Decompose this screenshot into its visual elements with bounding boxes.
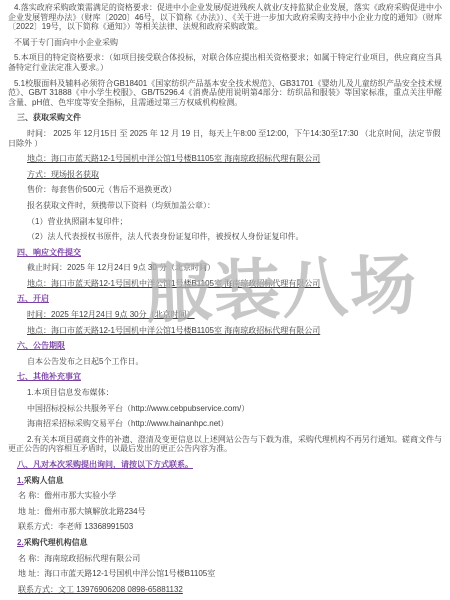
policy-requirements-paragraph: 4.落实政府采购政策需满足的资格要求：促进中小企业发展/促进残疾人就业/支持监狱… <box>8 3 442 32</box>
agent-info-number: 2. <box>17 538 24 547</box>
section-7-amendment-note: 2.有关本项目磋商文件的补遗、澄清及变更信息以上述网站公告与下载为准，采购代理机… <box>8 435 442 454</box>
agent-contact: 联系方式：文工 13976906208 0898-65881132 <box>8 585 442 595</box>
section-7-media-platform-1: 中国招标投标公共服务平台（http://www.cebpubservice.co… <box>8 404 442 414</box>
section-7-heading: 七、其他补充事宜 <box>8 372 442 382</box>
buyer-info-heading: 1.采购人信息 <box>8 476 442 486</box>
section-4-deadline: 截止时间：2025 年 12月24日 9点 30 分（北京时间） <box>8 263 442 273</box>
section-5-time: 时间：2025 年12月24日 9点 30分（北京时间） <box>8 310 442 320</box>
section-3-method: 方式：现场报名获取 <box>8 170 442 180</box>
buyer-contact: 联系方式：李老师 13368991503 <box>8 522 442 532</box>
section-7-media-intro: 1.本项目信息发布媒体： <box>8 388 442 398</box>
section-3-heading: 三、获取采购文件 <box>8 113 442 123</box>
not-smb-statement: 不属于专门面向中小企业采购 <box>8 38 442 48</box>
section-3-material-item-1: （1）营业执照副本复印件； <box>8 217 442 227</box>
section-4-location: 地点：海口市蓝天路12-1号国机中洋公馆1号楼B1105室 海南琼政招标代理有限… <box>8 279 442 289</box>
section-3-material-item-2: （2）法人代表授权书原件，法人代表身份证复印件，被授权人身份证复印件。 <box>8 232 442 242</box>
procurement-announcement-document: 4.落实政府采购政策需满足的资格要求：促进中小企业发展/促进残疾人就业/支持监狱… <box>0 3 450 594</box>
section-4-heading: 四、响应文件提交 <box>8 248 442 258</box>
buyer-info-number: 1. <box>17 476 24 485</box>
buyer-info-label: 采购人信息 <box>24 476 64 485</box>
section-3-location: 地点：海口市蓝天路12-1号国机中洋公馆1号楼B1105室 海南琼政招标代理有限… <box>8 154 442 164</box>
section-3-time: 时间： 2025 年 12月15日 至 2025 年 12 月 19 日，每天上… <box>8 129 442 148</box>
agent-info-heading: 2.采购代理机构信息 <box>8 538 442 548</box>
section-6-body: 自本公告发布之日起5个工作日。 <box>8 357 442 367</box>
agent-address: 地 址：海口市蓝天路12-1号国机中洋公馆1号楼B1105室 <box>8 569 442 579</box>
agent-name: 名 称：海南琼政招标代理有限公司 <box>8 554 442 564</box>
section-6-heading: 六、公告期限 <box>8 341 442 351</box>
buyer-address: 地 址：儋州市那大镇解放北路234号 <box>8 507 442 517</box>
specific-qualification-paragraph: 5.本项目的特定资格要求：（如项目接受联合体投标，对联合体应提出相关资格要求；如… <box>8 53 442 72</box>
agent-info-label: 采购代理机构信息 <box>24 538 88 547</box>
section-7-media-platform-2: 海南招采招标采购交易平台（http://www.hainanhpc.net） <box>8 419 442 429</box>
section-3-price: 售价：每套售价500元（售后不退换更改） <box>8 185 442 195</box>
section-8-heading: 八、凡对本次采购提出询问，请按以下方式联系。 <box>8 460 442 470</box>
fabric-standards-paragraph: 5.1校服面料及辅料必须符合GB18401《国家纺织产品基本安全技术规范》、GB… <box>8 79 442 108</box>
section-5-location: 地点：海口市蓝天路12-1号国机中洋公馆1号楼B1105室 海南琼政招标代理有限… <box>8 326 442 336</box>
section-5-heading: 五、开启 <box>8 294 442 304</box>
section-3-materials-note: 报名获取文件时，须携带以下资料（均须加盖公章）： <box>8 201 442 211</box>
buyer-name: 名 称：儋州市那大实验小学 <box>8 491 442 501</box>
